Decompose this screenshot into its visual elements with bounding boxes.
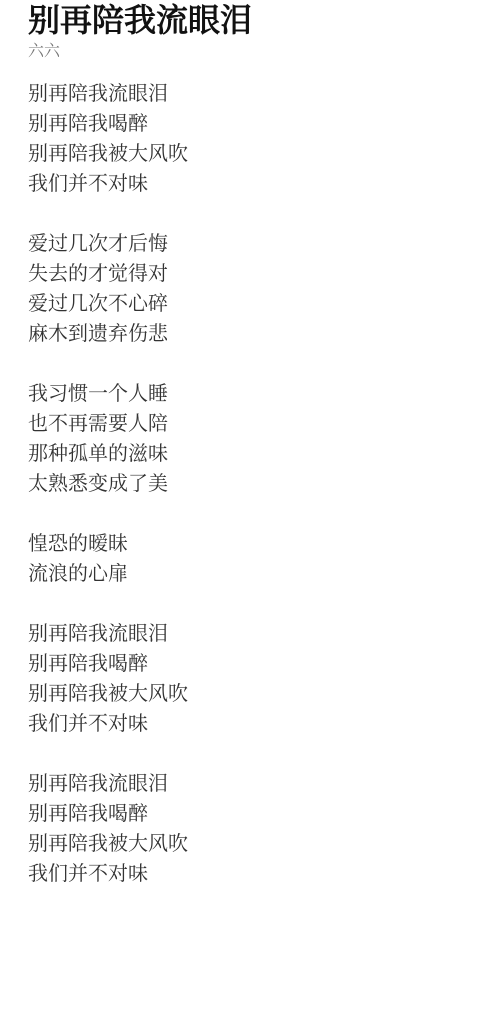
lyric-line: 别再陪我喝醉 bbox=[28, 109, 472, 139]
lyric-line: 别再陪我被大风吹 bbox=[28, 139, 472, 169]
lyric-line: 麻木到遗弃伤悲 bbox=[28, 319, 472, 349]
lyric-line: 流浪的心扉 bbox=[28, 559, 472, 589]
lyric-line: 别再陪我被大风吹 bbox=[28, 679, 472, 709]
stanza: 别再陪我流眼泪别再陪我喝醉别再陪我被大风吹我们并不对味 bbox=[28, 79, 472, 199]
lyric-line: 太熟悉变成了美 bbox=[28, 469, 472, 499]
lyric-line: 别再陪我流眼泪 bbox=[28, 79, 472, 109]
artist-name: 六六 bbox=[28, 40, 472, 64]
lyric-line: 爱过几次才后悔 bbox=[28, 229, 472, 259]
lyric-line: 爱过几次不心碎 bbox=[28, 289, 472, 319]
lyric-line: 那种孤单的滋味 bbox=[28, 439, 472, 469]
lyrics-body: 别再陪我流眼泪别再陪我喝醉别再陪我被大风吹我们并不对味爱过几次才后悔失去的才觉得… bbox=[28, 79, 472, 889]
stanza: 我习惯一个人睡也不再需要人陪那种孤单的滋味太熟悉变成了美 bbox=[28, 379, 472, 499]
lyric-line: 惶恐的暧昧 bbox=[28, 529, 472, 559]
stanza: 别再陪我流眼泪别再陪我喝醉别再陪我被大风吹我们并不对味 bbox=[28, 769, 472, 889]
page-title: 别再陪我流眼泪 bbox=[28, 0, 472, 40]
lyric-line: 我习惯一个人睡 bbox=[28, 379, 472, 409]
stanza: 惶恐的暧昧流浪的心扉 bbox=[28, 529, 472, 589]
lyrics-page: 别再陪我流眼泪 六六 别再陪我流眼泪别再陪我喝醉别再陪我被大风吹我们并不对味爱过… bbox=[0, 0, 500, 1030]
lyric-line: 也不再需要人陪 bbox=[28, 409, 472, 439]
lyric-line: 别再陪我流眼泪 bbox=[28, 769, 472, 799]
stanza: 别再陪我流眼泪别再陪我喝醉别再陪我被大风吹我们并不对味 bbox=[28, 619, 472, 739]
lyric-line: 别再陪我流眼泪 bbox=[28, 619, 472, 649]
stanza: 爱过几次才后悔失去的才觉得对爱过几次不心碎麻木到遗弃伤悲 bbox=[28, 229, 472, 349]
lyric-line: 我们并不对味 bbox=[28, 709, 472, 739]
lyric-line: 别再陪我被大风吹 bbox=[28, 829, 472, 859]
lyric-line: 我们并不对味 bbox=[28, 169, 472, 199]
lyric-line: 失去的才觉得对 bbox=[28, 259, 472, 289]
lyric-line: 我们并不对味 bbox=[28, 859, 472, 889]
lyric-line: 别再陪我喝醉 bbox=[28, 799, 472, 829]
lyric-line: 别再陪我喝醉 bbox=[28, 649, 472, 679]
